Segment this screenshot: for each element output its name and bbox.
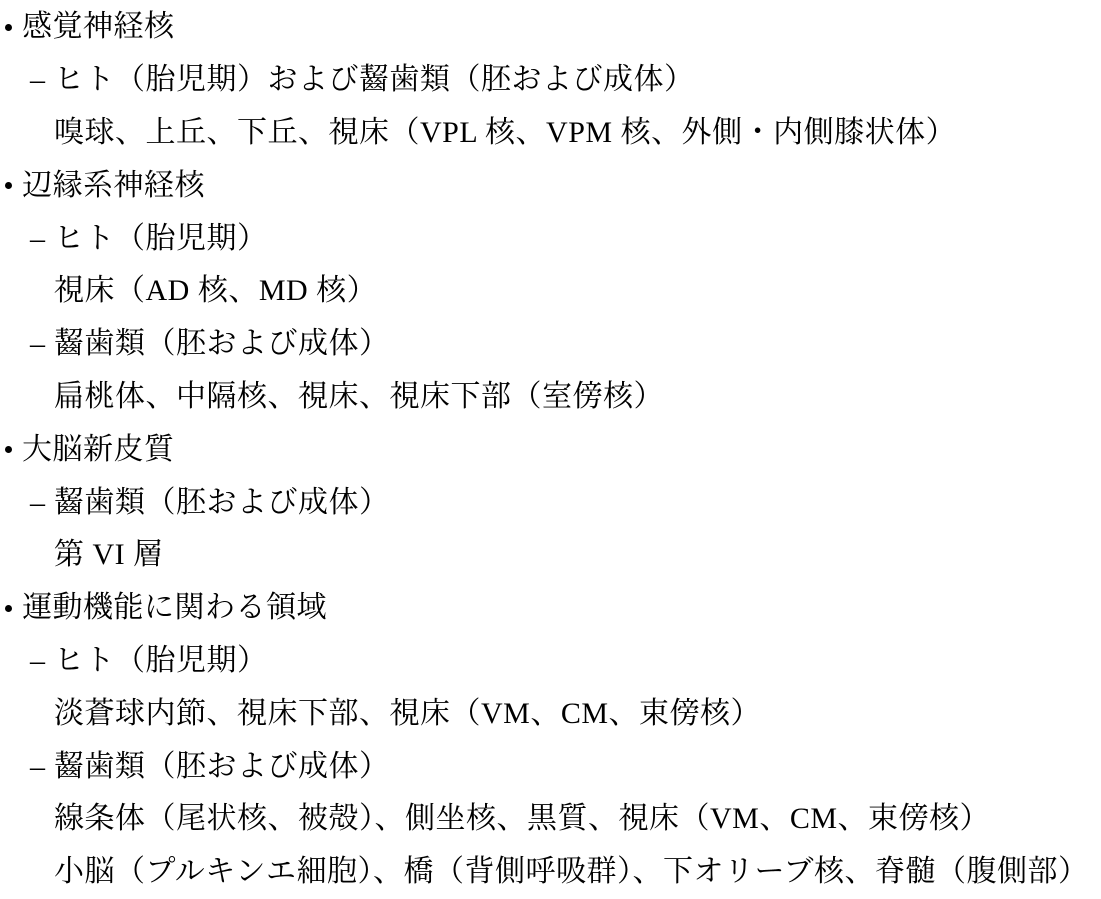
bullet-dot-icon bbox=[5, 182, 12, 189]
list-item: –ヒト（胎児期） bbox=[0, 212, 1101, 265]
list-item: 扁桃体、中隔核、視床、視床下部（室傍核） bbox=[0, 371, 1101, 424]
list-item-text: ヒト（胎児期） bbox=[54, 646, 268, 676]
list-item: –齧歯類（胚および成体） bbox=[0, 318, 1101, 371]
dash-marker: – bbox=[30, 488, 54, 518]
dash-marker: – bbox=[30, 65, 54, 95]
list-item-text: 淡蒼球内節、視床下部、視床（VM、CM、束傍核） bbox=[54, 699, 761, 729]
bullet-dot-icon bbox=[5, 446, 12, 453]
list-item: 運動機能に関わる領域 bbox=[0, 582, 1101, 635]
bullet-dot-icon bbox=[5, 605, 22, 612]
list-item-text: 齧歯類（胚および成体） bbox=[54, 488, 390, 518]
list-item-text: 嗅球、上丘、下丘、視床（VPL 核、VPM 核、外側・内側膝状体） bbox=[54, 118, 956, 148]
dash-marker: – bbox=[30, 224, 54, 254]
list-item-text: ヒト（胎児期）および齧歯類（胚および成体） bbox=[54, 65, 695, 95]
bullet-dot-icon bbox=[5, 24, 12, 31]
dash-marker: – bbox=[30, 646, 54, 676]
list-item: –齧歯類（胚および成体） bbox=[0, 740, 1101, 793]
list-item: 淡蒼球内節、視床下部、視床（VM、CM、束傍核） bbox=[0, 687, 1101, 740]
bullet-dot-icon bbox=[5, 24, 22, 31]
dash-marker: – bbox=[30, 752, 54, 782]
list-item: 線条体（尾状核、被殻）、側坐核、黒質、視床（VM、CM、束傍核） bbox=[0, 793, 1101, 846]
list-item: –ヒト（胎児期） bbox=[0, 635, 1101, 688]
list-item-text: 視床（AD 核、MD 核） bbox=[54, 276, 377, 306]
list-item-text: 辺縁系神経核 bbox=[22, 171, 205, 201]
list-item: 感覚神経核 bbox=[0, 1, 1101, 54]
dash-marker: – bbox=[30, 329, 54, 359]
list-item-text: 扁桃体、中隔核、視床、視床下部（室傍核） bbox=[54, 382, 664, 412]
list-item-text: 線条体（尾状核、被殻）、側坐核、黒質、視床（VM、CM、束傍核） bbox=[54, 804, 990, 834]
bullet-dot-icon bbox=[5, 182, 22, 189]
bulleted-list: 感覚神経核–ヒト（胎児期）および齧歯類（胚および成体）嗅球、上丘、下丘、視床（V… bbox=[0, 1, 1101, 899]
list-item: 第 VI 層 bbox=[0, 529, 1101, 582]
list-item-text: 齧歯類（胚および成体） bbox=[54, 329, 390, 359]
bullet-dot-icon bbox=[5, 446, 22, 453]
list-item-text: 齧歯類（胚および成体） bbox=[54, 752, 390, 782]
bullet-dot-icon bbox=[5, 605, 12, 612]
list-item: 辺縁系神経核 bbox=[0, 159, 1101, 212]
list-item-text: 大脳新皮質 bbox=[22, 435, 175, 465]
list-item-text: 感覚神経核 bbox=[22, 12, 175, 42]
list-item: –齧歯類（胚および成体） bbox=[0, 476, 1101, 529]
list-item-text: 運動機能に関わる領域 bbox=[22, 593, 327, 623]
list-item-text: 小脳（プルキンエ細胞）、橋（背側呼吸群）、下オリーブ核、脊髄（腹側部） bbox=[54, 857, 1089, 887]
list-item: 小脳（プルキンエ細胞）、橋（背側呼吸群）、下オリーブ核、脊髄（腹側部） bbox=[0, 846, 1101, 899]
list-item-text: ヒト（胎児期） bbox=[54, 224, 268, 254]
list-item: 嗅球、上丘、下丘、視床（VPL 核、VPM 核、外側・内側膝状体） bbox=[0, 107, 1101, 160]
list-item-text: 第 VI 層 bbox=[54, 540, 164, 570]
list-item: 視床（AD 核、MD 核） bbox=[0, 265, 1101, 318]
list-item: 大脳新皮質 bbox=[0, 423, 1101, 476]
list-item: –ヒト（胎児期）および齧歯類（胚および成体） bbox=[0, 54, 1101, 107]
document-page: 感覚神経核–ヒト（胎児期）および齧歯類（胚および成体）嗅球、上丘、下丘、視床（V… bbox=[0, 0, 1101, 899]
